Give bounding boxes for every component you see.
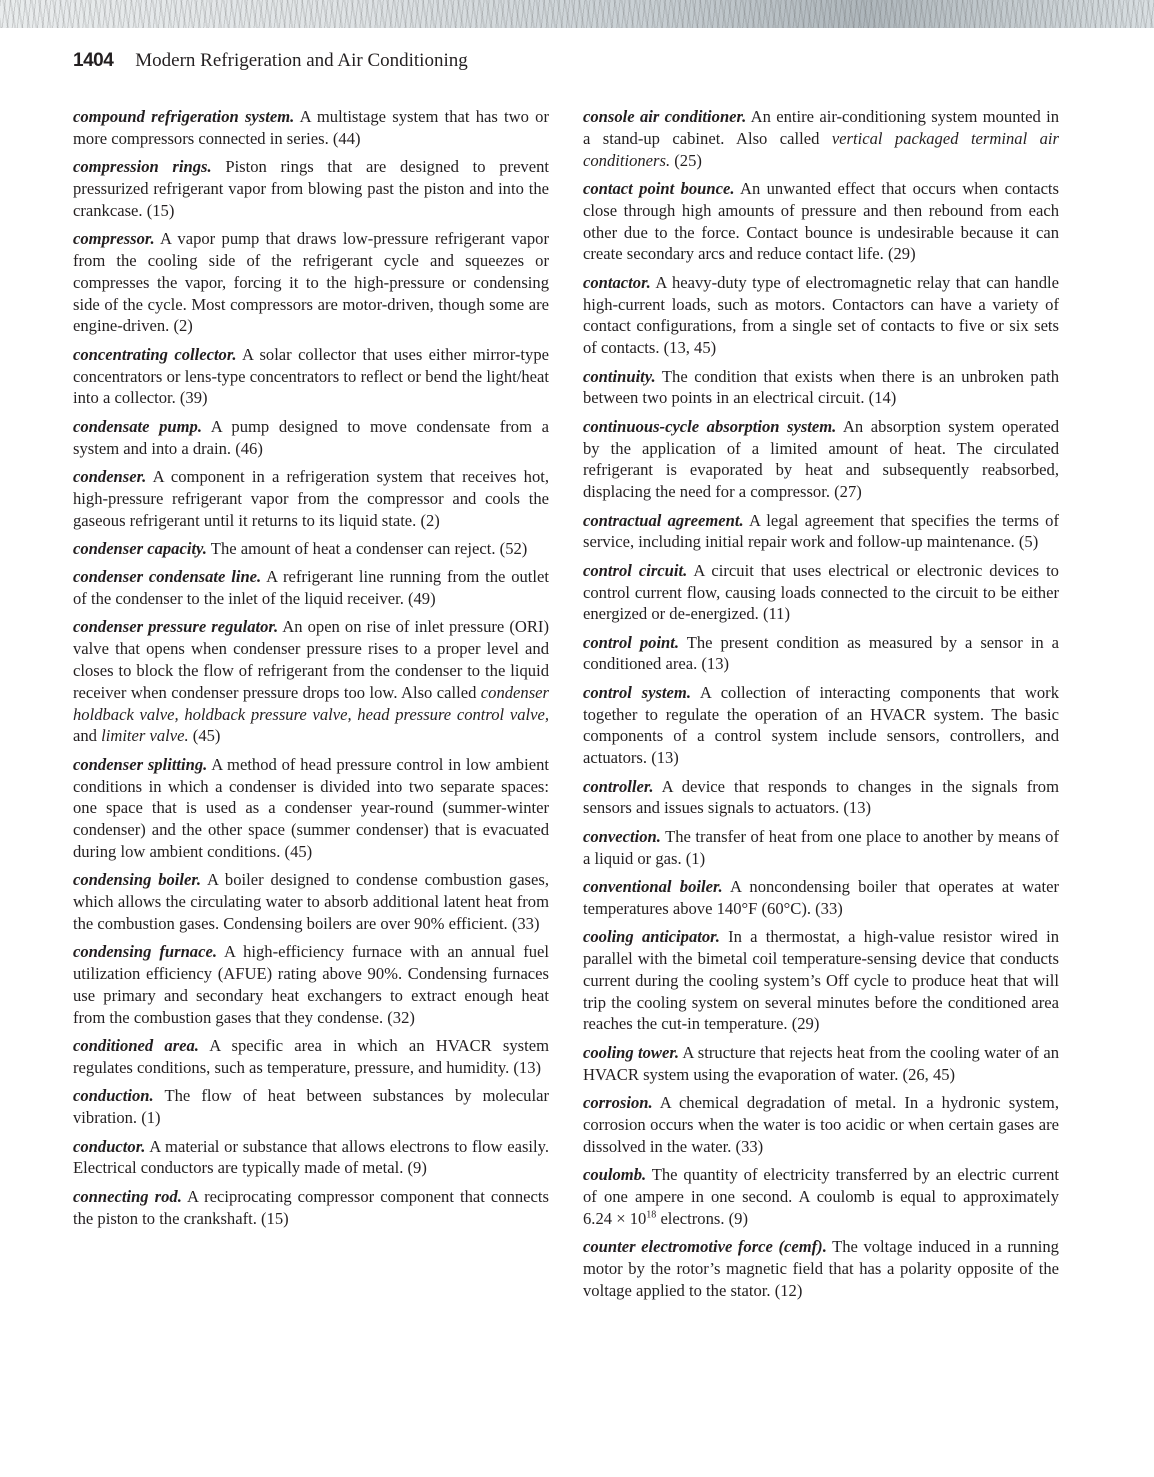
glossary-term: conditioned area.: [73, 1036, 199, 1055]
page-header: 1404 Modern Refrigeration and Air Condit…: [73, 50, 468, 72]
glossary-entry: console air conditioner. An entire air-c…: [583, 106, 1059, 171]
glossary-alternate-terms: limiter valve.: [101, 726, 189, 745]
glossary-term: coulomb.: [583, 1165, 646, 1184]
glossary-term: counter electromotive force (cemf).: [583, 1237, 827, 1256]
glossary-entry: conventional boiler. A noncondensing boi…: [583, 876, 1059, 920]
glossary-term: condensate pump.: [73, 417, 202, 436]
glossary-term: control circuit.: [583, 561, 687, 580]
glossary-definition: A material or substance that allows elec…: [73, 1137, 549, 1178]
glossary-term: condenser pressure regulator.: [73, 617, 278, 636]
glossary-term: condensing furnace.: [73, 942, 217, 961]
glossary-entry: controller. A device that responds to ch…: [583, 776, 1059, 820]
glossary-definition: A heavy-duty type of electromagnetic rel…: [583, 273, 1059, 357]
glossary-term: condenser condensate line.: [73, 567, 261, 586]
glossary-entry: continuity. The condition that exists wh…: [583, 366, 1059, 410]
glossary-entry: condenser condensate line. A refrigerant…: [73, 566, 549, 610]
glossary-term: continuity.: [583, 367, 656, 386]
glossary-chapter-ref: electrons. (9): [656, 1209, 748, 1228]
glossary-term: cooling tower.: [583, 1043, 679, 1062]
glossary-entry: cooling anticipator. In a thermostat, a …: [583, 926, 1059, 1035]
glossary-term: control point.: [583, 633, 679, 652]
decorative-banner: [0, 0, 1154, 28]
book-title: Modern Refrigeration and Air Conditionin…: [135, 50, 467, 72]
glossary-entry: contactor. A heavy-duty type of electrom…: [583, 272, 1059, 359]
glossary-entry: condensing boiler. A boiler designed to …: [73, 869, 549, 934]
glossary-term: compression rings.: [73, 157, 212, 176]
glossary-entry: counter electromotive force (cemf). The …: [583, 1236, 1059, 1301]
glossary-entry: condensing furnace. A high-efficiency fu…: [73, 941, 549, 1028]
glossary-entry: contact point bounce. An unwanted effect…: [583, 178, 1059, 265]
page-number: 1404: [73, 50, 113, 72]
glossary-entry: condensate pump. A pump designed to move…: [73, 416, 549, 460]
glossary-definition: A device that responds to changes in the…: [583, 777, 1059, 818]
glossary-definition: The amount of heat a condenser can rejec…: [207, 539, 527, 558]
glossary-term: conventional boiler.: [583, 877, 723, 896]
glossary-entry: control system. A collection of interact…: [583, 682, 1059, 769]
glossary-entry: control circuit. A circuit that uses ele…: [583, 560, 1059, 625]
glossary-term: contactor.: [583, 273, 651, 292]
superscript-exponent: 18: [646, 1209, 656, 1220]
glossary-chapter-ref: (25): [670, 151, 702, 170]
glossary-term: condenser capacity.: [73, 539, 207, 558]
glossary-entry: connecting rod. A reciprocating compress…: [73, 1186, 549, 1230]
glossary-column-right: console air conditioner. An entire air-c…: [583, 106, 1059, 1308]
glossary-term: continuous-cycle absorption system.: [583, 417, 836, 436]
glossary-entry: corrosion. A chemical degradation of met…: [583, 1092, 1059, 1157]
glossary-term: corrosion.: [583, 1093, 653, 1112]
glossary-term: convection.: [583, 827, 661, 846]
glossary-term: control system.: [583, 683, 691, 702]
glossary-entry: compound refrigeration system. A multist…: [73, 106, 549, 150]
glossary-term: condensing boiler.: [73, 870, 201, 889]
glossary-entry: condenser splitting. A method of head pr…: [73, 754, 549, 863]
glossary-chapter-ref: (45): [189, 726, 221, 745]
glossary-entry: concentrating collector. A solar collect…: [73, 344, 549, 409]
glossary-entry: conduction. The flow of heat between sub…: [73, 1085, 549, 1129]
glossary-term: contractual agreement.: [583, 511, 744, 530]
glossary-term: condenser.: [73, 467, 146, 486]
glossary-term: compound refrigeration system.: [73, 107, 294, 126]
glossary-column-left: compound refrigeration system. A multist…: [73, 106, 549, 1236]
glossary-definition-connector: and: [73, 726, 101, 745]
glossary-entry: convection. The transfer of heat from on…: [583, 826, 1059, 870]
glossary-entry: continuous-cycle absorption system. An a…: [583, 416, 1059, 503]
glossary-term: conductor.: [73, 1137, 145, 1156]
glossary-entry: condenser capacity. The amount of heat a…: [73, 538, 549, 560]
glossary-term: compressor.: [73, 229, 155, 248]
glossary-entry: cooling tower. A structure that rejects …: [583, 1042, 1059, 1086]
glossary-entry: compressor. A vapor pump that draws low-…: [73, 228, 549, 337]
glossary-term: contact point bounce.: [583, 179, 735, 198]
glossary-term: condenser splitting.: [73, 755, 207, 774]
glossary-entry: coulomb. The quantity of electricity tra…: [583, 1164, 1059, 1229]
glossary-term: connecting rod.: [73, 1187, 182, 1206]
glossary-entry: conditioned area. A specific area in whi…: [73, 1035, 549, 1079]
glossary-term: cooling anticipator.: [583, 927, 720, 946]
glossary-entry: condenser pressure regulator. An open on…: [73, 616, 549, 747]
glossary-term: concentrating collector.: [73, 345, 237, 364]
glossary-term: controller.: [583, 777, 654, 796]
glossary-term: conduction.: [73, 1086, 154, 1105]
glossary-term: console air conditioner.: [583, 107, 746, 126]
glossary-entry: conductor. A material or substance that …: [73, 1136, 549, 1180]
glossary-entry: compression rings. Piston rings that are…: [73, 156, 549, 221]
glossary-entry: control point. The present condition as …: [583, 632, 1059, 676]
glossary-entry: condenser. A component in a refrigeratio…: [73, 466, 549, 531]
glossary-definition: A chemical degradation of metal. In a hy…: [583, 1093, 1059, 1156]
glossary-entry: contractual agreement. A legal agreement…: [583, 510, 1059, 554]
